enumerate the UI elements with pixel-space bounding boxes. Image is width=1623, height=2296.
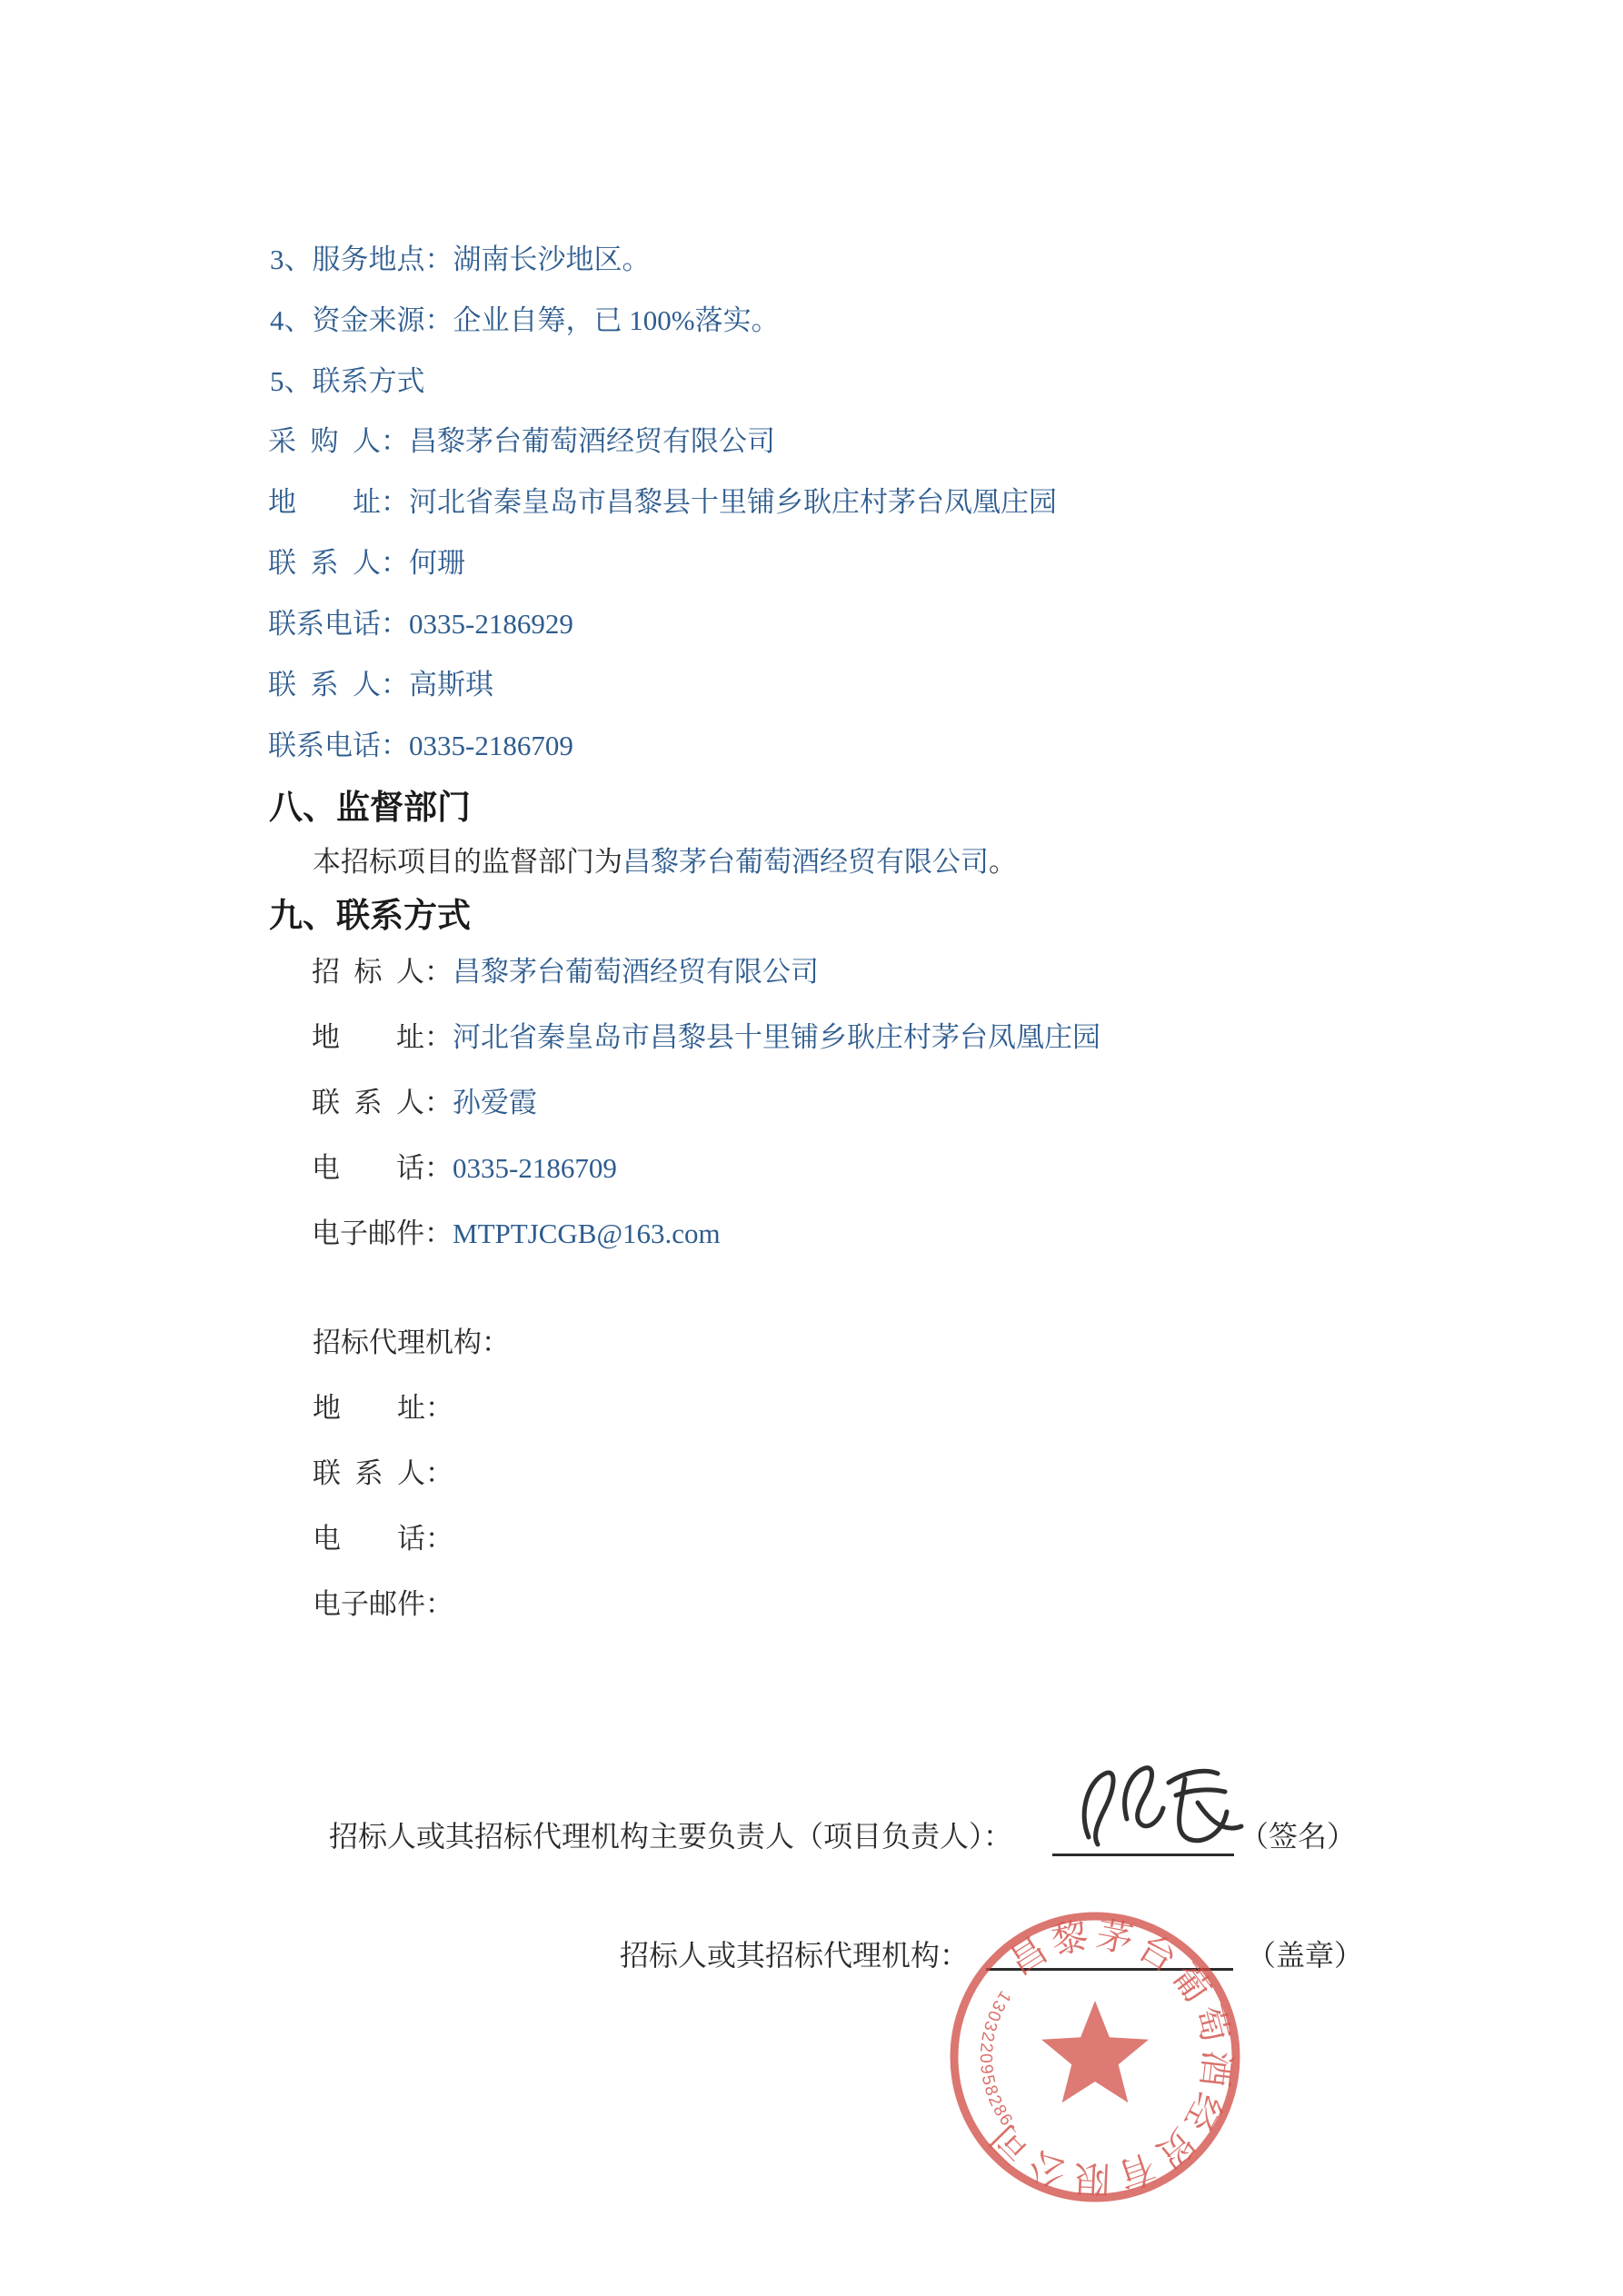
- field-label: 地 址：: [268, 486, 409, 518]
- section8-paragraph: 本招标项目的监督部门为昌黎茅台葡萄酒经贸有限公司。: [313, 846, 1017, 879]
- line-text: 4、资金来源：企业自筹，已 100%落实。: [270, 304, 780, 336]
- field-label: 招标代理机构：: [313, 1327, 510, 1358]
- funding-source-line: 4、资金来源：企业自筹，已 100%落实。: [270, 304, 780, 337]
- field-value: 何珊: [409, 547, 465, 579]
- tenderer-email-row: 电子邮件：MTPTJCGB@163.com: [312, 1218, 721, 1250]
- field-label: 电子邮件：: [312, 1218, 453, 1249]
- field-label: 地 址：: [312, 1021, 453, 1053]
- line-text: （盖章）: [1247, 1939, 1363, 1972]
- field-value: MTPTJCGB@163.com: [453, 1218, 721, 1249]
- field-label: 联 系 人：: [268, 669, 409, 701]
- section9-heading: 九、联系方式: [269, 897, 471, 936]
- field-value: 昌黎茅台葡萄酒经贸有限公司: [409, 425, 775, 457]
- field-value: 孙爱霞: [453, 1087, 537, 1118]
- field-label: 联系电话：: [268, 608, 409, 640]
- field-value: 昌黎茅台葡萄酒经贸有限公司: [453, 956, 819, 988]
- purchaser-phone1-row: 联系电话：0335-2186929: [268, 608, 573, 641]
- handwritten-signature: [1061, 1755, 1252, 1860]
- purchaser-address-row: 地 址：河北省秦皇岛市昌黎县十里铺乡耿庄村茅台凤凰庄园: [268, 486, 1057, 519]
- tenderer-phone-row: 电 话：0335-2186709: [312, 1152, 617, 1185]
- paragraph-suffix: 。: [989, 846, 1017, 878]
- field-value: 0335-2186709: [409, 730, 573, 761]
- field-value: 河北省秦皇岛市昌黎县十里铺乡耿庄村茅台凤凰庄园: [453, 1021, 1100, 1053]
- agency-name-row: 招标代理机构：: [313, 1327, 510, 1359]
- field-value: 高斯琪: [409, 669, 493, 701]
- seal-number-text: 1303220958286: [976, 1987, 1017, 2131]
- paragraph-prefix: 本招标项目的监督部门为: [313, 846, 622, 878]
- field-value: 河北省秦皇岛市昌黎县十里铺乡耿庄村茅台凤凰庄园: [409, 486, 1057, 518]
- field-label: 采 购 人：: [268, 425, 409, 457]
- company-seal: 昌黎茅台葡萄酒经贸有限公司 1303220958286: [941, 1903, 1250, 2212]
- tenderer-contact-row: 联 系 人：孙爱霞: [312, 1087, 537, 1119]
- document-page: 3、服务地点：湖南长沙地区。 4、资金来源：企业自筹，已 100%落实。 5、联…: [0, 0, 1623, 2296]
- line-text: 招标人或其招标代理机构：: [620, 1939, 969, 1972]
- field-label: 联 系 人：: [313, 1457, 453, 1489]
- field-label: 地 址：: [313, 1392, 453, 1424]
- field-label: 联 系 人：: [268, 547, 409, 579]
- purchaser-phone2-row: 联系电话：0335-2186709: [268, 730, 573, 762]
- field-label: 联系电话：: [268, 730, 409, 761]
- signature-suffix: （签名）: [1240, 1820, 1356, 1854]
- agency-contact-row: 联 系 人：: [313, 1457, 453, 1490]
- seal-star-icon: [1041, 2001, 1149, 2102]
- line-text: （签名）: [1240, 1820, 1356, 1853]
- field-label: 电 话：: [313, 1523, 453, 1555]
- purchaser-row: 采 购 人：昌黎茅台葡萄酒经贸有限公司: [268, 425, 775, 458]
- field-label: 电子邮件：: [313, 1588, 453, 1620]
- agency-address-row: 地 址：: [313, 1392, 453, 1425]
- signature-prefix: 招标人或其招标代理机构主要负责人（项目负责人）：: [329, 1820, 1012, 1854]
- field-label: 招 标 人：: [312, 956, 453, 988]
- line-text: 3、服务地点：湖南长沙地区。: [270, 244, 651, 275]
- purchaser-contact2-row: 联 系 人：高斯琪: [268, 669, 493, 701]
- contact-method-line: 5、联系方式: [270, 365, 425, 398]
- agency-email-row: 电子邮件：: [313, 1588, 453, 1621]
- paragraph-company: 昌黎茅台葡萄酒经贸有限公司: [622, 846, 989, 878]
- heading-text: 九、联系方式: [269, 897, 471, 934]
- tenderer-row: 招 标 人：昌黎茅台葡萄酒经贸有限公司: [312, 956, 819, 989]
- section8-heading: 八、监督部门: [269, 789, 471, 828]
- stamp-suffix: （盖章）: [1247, 1939, 1363, 1973]
- stamp-prefix: 招标人或其招标代理机构：: [620, 1939, 969, 1973]
- service-location-line: 3、服务地点：湖南长沙地区。: [270, 244, 651, 276]
- field-value: 0335-2186709: [453, 1152, 617, 1184]
- tenderer-address-row: 地 址：河北省秦皇岛市昌黎县十里铺乡耿庄村茅台凤凰庄园: [312, 1021, 1100, 1054]
- purchaser-contact1-row: 联 系 人：何珊: [268, 547, 465, 580]
- heading-text: 八、监督部门: [269, 789, 471, 826]
- field-label: 联 系 人：: [312, 1087, 453, 1118]
- agency-phone-row: 电 话：: [313, 1523, 453, 1556]
- line-text: 5、联系方式: [270, 365, 425, 397]
- field-label: 电 话：: [312, 1152, 453, 1184]
- field-value: 0335-2186929: [409, 608, 573, 640]
- line-text: 招标人或其招标代理机构主要负责人（项目负责人）：: [329, 1820, 1012, 1853]
